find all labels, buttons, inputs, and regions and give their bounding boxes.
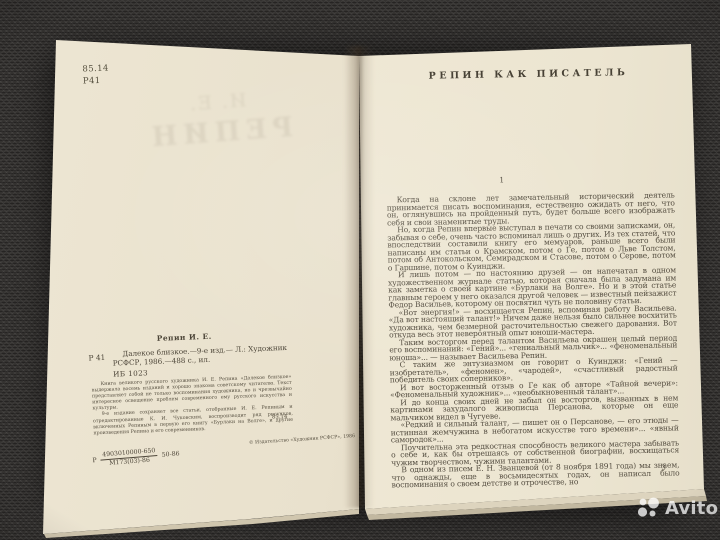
- copyright-line: © Издательство «Художник РСФСР», 1986: [249, 433, 365, 445]
- chapter-body-text: Когда на склоне лет замечательный истори…: [387, 191, 680, 488]
- avito-watermark: Avito: [636, 495, 718, 521]
- classification-codes: 85.14Р41: [82, 64, 109, 88]
- catalog-fraction: 4903010000-650 М173(03)-86: [100, 447, 158, 468]
- right-page-content: РЕПИН КАК ПИСАТЕЛЬ 1 Когда на склоне лет…: [354, 42, 708, 513]
- imprint-author: Репин И. Е.: [157, 332, 212, 343]
- left-page-content: 85.14Р41 И. Е.РЕПИН Репин И. Е. Р 41 Дал…: [46, 34, 367, 540]
- ib-number: ИБ 1023: [113, 368, 148, 378]
- chapter-title: РЕПИН КАК ПИСАТЕЛЬ: [384, 66, 672, 82]
- catalog-code: Р 4903010000-650 М173(03)-86 50-86: [92, 445, 180, 468]
- annotation-text: Книга великого русского художника И. Е. …: [91, 375, 293, 437]
- avito-watermark-label: Avito: [665, 498, 718, 519]
- show-through-ghost-text: И. Е.РЕПИН: [137, 86, 301, 155]
- section-number: 1: [499, 175, 504, 184]
- catalog-prefix: Р: [92, 456, 97, 463]
- page-number: 3: [661, 464, 666, 472]
- bibliographic-entry: Далекое близкое.—9-е изд.— Л.: ХудожникР…: [112, 343, 323, 368]
- index-code: Р 41: [88, 353, 105, 363]
- avito-logo-icon: [636, 495, 662, 521]
- catalog-suffix: 50-86: [161, 450, 179, 458]
- bbk-code: 85.14: [272, 414, 288, 421]
